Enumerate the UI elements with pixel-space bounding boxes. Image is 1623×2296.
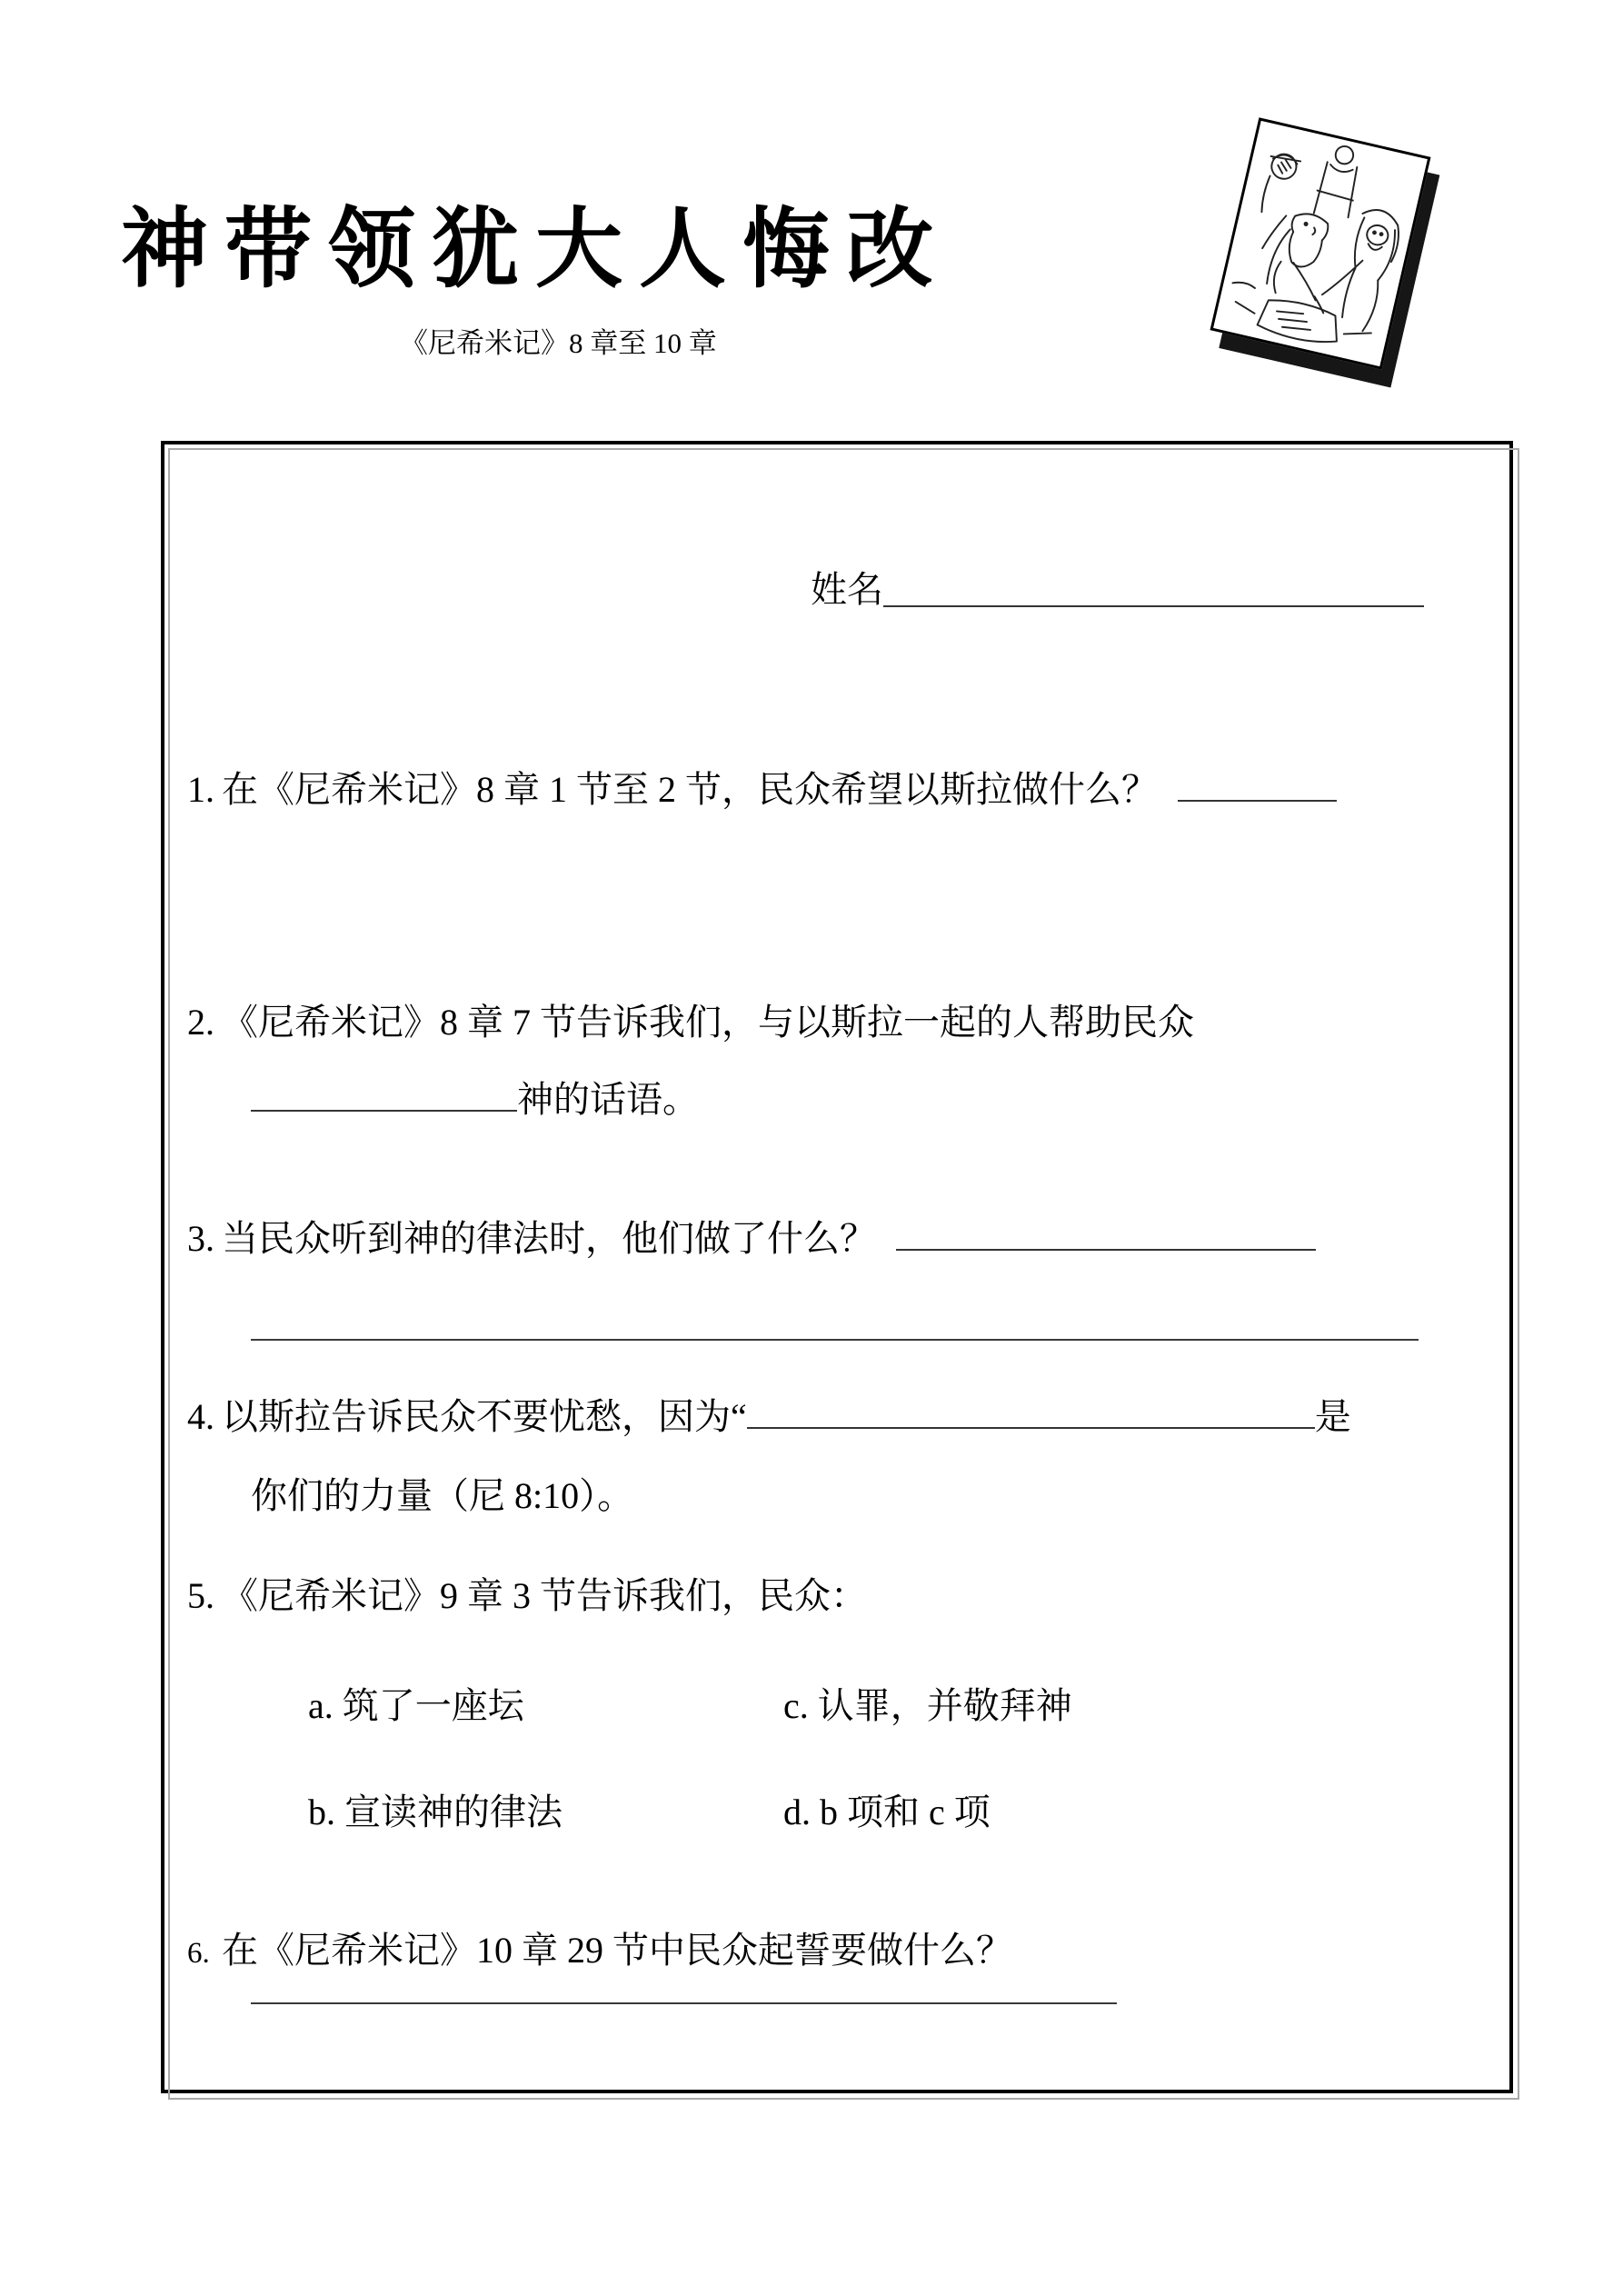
- question-6: 6. 在《尼希米记》10 章 29 节中民众起誓要做什么？: [187, 1929, 1012, 1972]
- question-5: 5. 《尼希米记》9 章 3 节告诉我们，民众：: [187, 1574, 867, 1617]
- question-3: 3. 当民众听到神的律法时，他们做了什么？: [187, 1217, 1316, 1260]
- option-label: b.: [308, 1791, 335, 1833]
- answer-blank: [747, 1402, 1315, 1429]
- answer-blank: [1178, 774, 1337, 802]
- question-text: 在《尼希米记》8 章 1 节至 2 节，民众希望以斯拉做什么？: [222, 768, 1158, 811]
- question-1: 1. 在《尼希米记》8 章 1 节至 2 节，民众希望以斯拉做什么？: [187, 768, 1337, 811]
- question-number: 6.: [187, 1936, 222, 1972]
- illustration-card: [1210, 117, 1430, 369]
- answer-blank: [896, 1223, 1316, 1251]
- answer-line: [251, 1308, 1419, 1341]
- option-label: a.: [308, 1684, 334, 1727]
- question-2: 2. 《尼希米记》8 章 7 节告诉我们，与以斯拉一起的人帮助民众: [187, 1001, 1194, 1043]
- question-number: 3.: [187, 1217, 222, 1260]
- question-4: 4. 以斯拉告诉民众不要忧愁，因为“ 是: [187, 1395, 1351, 1438]
- option-text: 宣读神的律法: [344, 1783, 563, 1835]
- question-text: 以斯拉告诉民众不要忧愁，因为“: [222, 1395, 747, 1438]
- option-text: b 项和 c 项: [820, 1783, 991, 1835]
- option-label: c.: [783, 1684, 809, 1727]
- question-number: 1.: [187, 768, 222, 811]
- name-row: 姓名: [811, 561, 1424, 613]
- men-reading-scroll-clipart: [1213, 121, 1428, 366]
- question-number: 4.: [187, 1395, 222, 1438]
- option-label: d.: [783, 1791, 811, 1833]
- answer-line: [251, 1972, 1117, 2004]
- question-text: 在《尼希米记》10 章 29 节中民众起誓要做什么？: [222, 1929, 1012, 1972]
- question-text: 你们的力量（尼 8:10）。: [251, 1474, 633, 1517]
- page-title: 神带领犹大人悔改: [121, 180, 950, 304]
- question-4-line2: 你们的力量（尼 8:10）。: [251, 1474, 633, 1517]
- option-a: a. 筑了一座坛: [308, 1677, 524, 1729]
- question-text: 《尼希米记》9 章 3 节告诉我们，民众：: [222, 1574, 867, 1617]
- name-blank: [883, 580, 1424, 607]
- page-subtitle: 《尼希米记》8 章至 10 章: [400, 320, 717, 361]
- option-text: 筑了一座坛: [343, 1677, 524, 1729]
- option-d: d. b 项和 c 项: [783, 1783, 991, 1835]
- question-2-line2: 神的话语。: [251, 1078, 699, 1121]
- name-label: 姓名: [811, 569, 883, 610]
- question-text: 当民众听到神的律法时，他们做了什么？: [222, 1217, 876, 1260]
- question-number: 2.: [187, 1001, 222, 1043]
- option-b: b. 宣读神的律法: [308, 1783, 563, 1835]
- question-text: 《尼希米记》8 章 7 节告诉我们，与以斯拉一起的人帮助民众: [222, 1001, 1194, 1043]
- question-text-suffix: 是: [1315, 1395, 1351, 1438]
- question-text-suffix: 神的话语。: [517, 1078, 699, 1121]
- option-text: 认罪，并敬拜神: [818, 1677, 1072, 1729]
- answer-blank: [251, 1084, 517, 1112]
- worksheet-box: 姓名 1. 在《尼希米记》8 章 1 节至 2 节，民众希望以斯拉做什么？ 2.…: [161, 441, 1513, 2093]
- option-c: c. 认罪，并敬拜神: [783, 1677, 1072, 1729]
- worksheet-page: 神带领犹大人悔改 《尼希米记》8 章至 10 章: [0, 0, 1623, 2296]
- question-number: 5.: [187, 1574, 222, 1617]
